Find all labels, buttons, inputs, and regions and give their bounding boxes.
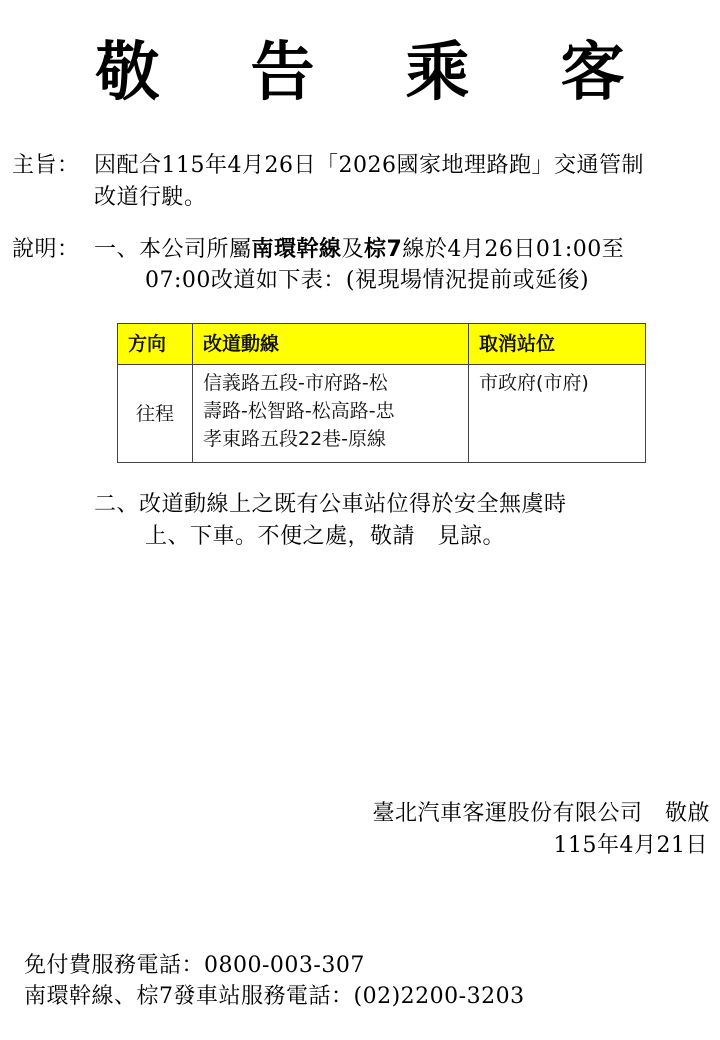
route-line: 孝東路五段22巷-原線 [203,425,458,453]
explanation-item-1-line-2: 07:00改道如下表：(視現場情況提前或延後) [145,266,589,296]
table-row: 往程 信義路五段-市府路-松 壽路-松智路-松高路-忠 孝東路五段22巷-原線 … [118,365,646,463]
explanation-item-2-line-2: 上、下車。不便之處，敬請 見諒。 [145,522,505,552]
item-1-suffix: 線於4月26日01:00至 [402,237,624,262]
header-cancelled-stop: 取消站位 [469,324,646,365]
table-header-row: 方向 改道動線 取消站位 [118,324,646,365]
explanation-item-1-line-1: 一、本公司所屬南環幹線及棕7線於4月26日01:00至 [94,235,624,265]
item-1-conj: 及 [342,237,365,262]
explanation-label: 說明： [12,235,80,265]
title-char: 客 [515,28,670,118]
contact-toll-free: 免付費服務電話：0800-003-307 [24,951,365,981]
header-detour-route: 改道動線 [193,324,469,365]
signature-company: 臺北汽車客運股份有限公司 敬啟 [372,799,710,829]
subject-line-1: 因配合115年4月26日「2026國家地理路跑」交通管制 [94,151,644,181]
contact-station: 南環幹線、棕7發車站服務電話：(02)2200-3203 [24,982,525,1012]
cell-detour-route: 信義路五段-市府路-松 壽路-松智路-松高路-忠 孝東路五段22巷-原線 [193,365,469,463]
route-name-brown-7: 棕7 [364,237,402,262]
title-char: 敬 [50,28,205,118]
item-1-prefix: 一、本公司所屬 [94,237,252,262]
title-char: 告 [205,28,360,118]
detour-table: 方向 改道動線 取消站位 往程 信義路五段-市府路-松 壽路-松智路-松高路-忠… [117,323,646,463]
explanation-item-2-line-1: 二、改道動線上之既有公車站位得於安全無虞時 [94,490,567,520]
notice-title: 敬 告 乘 客 [0,28,720,118]
title-char: 乘 [360,28,515,118]
route-line: 壽路-松智路-松高路-忠 [203,397,458,425]
subject-label: 主旨： [12,151,80,181]
route-name-south-ring: 南環幹線 [252,237,342,262]
route-line: 信義路五段-市府路-松 [203,369,458,397]
cell-cancelled-stop: 市政府(市府) [469,365,646,463]
cell-direction: 往程 [118,365,193,463]
signature-date: 115年4月21日 [554,831,708,861]
subject-line-2: 改道行駛。 [94,183,207,213]
header-direction: 方向 [118,324,193,365]
